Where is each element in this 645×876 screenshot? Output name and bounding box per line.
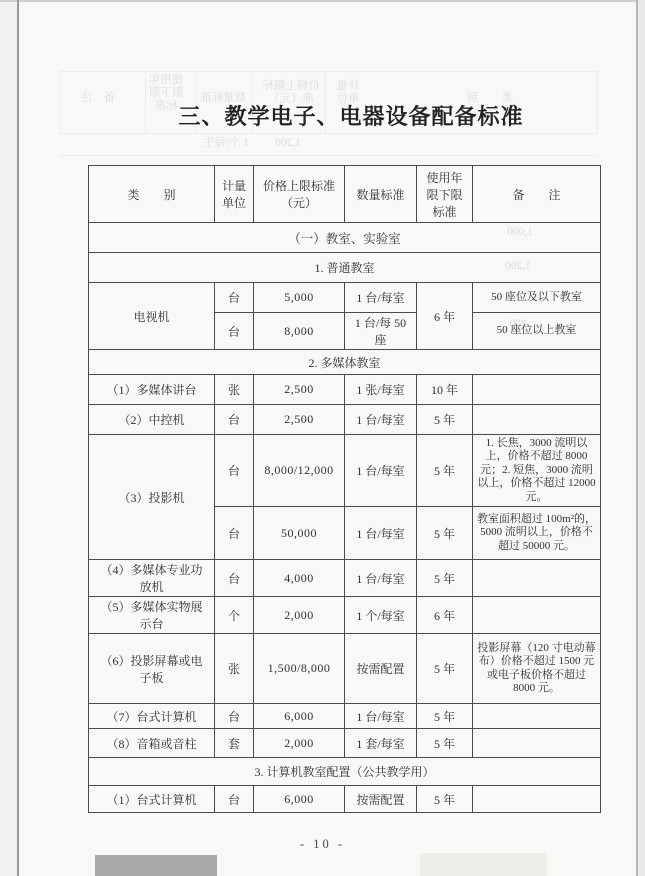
header-category: 类 别 [89,166,215,223]
cell-projector-a-note: 1. 长焦，3000 流明以上，价格不超过 8000 元；2. 短焦，3000 … [473,435,601,507]
cell-desktop-mm-unit: 台 [215,704,254,729]
scan-edge-top [0,0,645,2]
cell-speaker-life: 5 年 [417,729,473,758]
cell-desktop-lab-note [473,786,601,813]
cell-desktop-mm-name: （7）台式计算机 [89,704,215,729]
cell-speaker-note [473,729,601,758]
table-row-controller: （2）中控机 台 2,500 1 台/每室 5 年 [89,405,601,435]
cell-desktop-lab-price: 6,000 [254,786,345,813]
cell-desktop-mm-qty: 1 台/每室 [345,704,417,729]
header-life: 使用年限下限标准 [417,166,473,223]
cell-tv-b-note: 50 座位以上教室 [473,313,601,350]
cell-desktop-lab-unit: 台 [215,786,254,813]
scan-blot-dark [95,855,217,876]
table-row-visualizer: （5）多媒体实物展示台 个 2,000 1 个/每室 6 年 [89,597,601,634]
scanned-page: 备 注 使用年限下限标准 数量标准 价格上限标准（元） 计量单位 类 别 1 个… [0,0,645,876]
cell-desktop-mm-life: 5 年 [417,704,473,729]
cell-controller-life: 5 年 [417,405,473,435]
subsection-multimedia-classroom: 2. 多媒体教室 [89,350,601,375]
subsection-row: 1. 普通教室 [89,253,601,283]
ghost-line-h3 [60,155,598,156]
cell-tv-b-unit: 台 [215,313,254,350]
cell-projector-b-note: 教室面积超过 100m²的，5000 流明以上，价格不超过 50000 元。 [473,507,601,560]
header-quantity: 数量标准 [345,166,417,223]
cell-projector-b-life: 5 年 [417,507,473,560]
cell-projector-b-price: 50,000 [254,507,345,560]
cell-speaker-name: （8）音箱或音柱 [89,729,215,758]
cell-controller-qty: 1 台/每室 [345,405,417,435]
scan-band-right [638,0,645,876]
cell-visualizer-note [473,597,601,634]
subsection-ordinary-classroom: 1. 普通教室 [89,253,601,283]
cell-amplifier-name: （4）多媒体专业功放机 [89,560,215,597]
cell-speaker-price: 2,000 [254,729,345,758]
ghost-line-h1 [60,71,598,72]
ghost-text-qty-fragment: 1 个/每生 [196,137,256,150]
header-price: 价格上限标准（元） [254,166,345,223]
cell-screen-name: （6）投影屏幕或电子板 [89,634,215,704]
cell-tv-life: 6 年 [417,283,473,350]
cell-visualizer-name: （5）多媒体实物展示台 [89,597,215,634]
cell-podium-price: 2,500 [254,375,345,405]
ghost-text-note-header: 备 注 [70,92,126,105]
header-unit: 计量单位 [215,166,254,223]
cell-podium-note [473,375,601,405]
cell-desktop-lab-life: 5 年 [417,786,473,813]
cell-visualizer-unit: 个 [215,597,254,634]
cell-tv-a-qty: 1 台/每室 [345,283,417,313]
cell-projector-name: （3）投影机 [89,435,215,560]
cell-podium-unit: 张 [215,375,254,405]
ghost-line-h2 [60,133,598,134]
header-note: 备 注 [473,166,601,223]
cell-podium-name: （1）多媒体讲台 [89,375,215,405]
cell-speaker-qty: 1 套/每室 [345,729,417,758]
cell-tv-a-price: 5,000 [254,283,345,313]
cell-screen-life: 5 年 [417,634,473,704]
cell-visualizer-life: 6 年 [417,597,473,634]
cell-amplifier-life: 5 年 [417,560,473,597]
section-row: （一）教室、实验室 [89,223,601,253]
cell-controller-price: 2,500 [254,405,345,435]
cell-projector-a-unit: 台 [215,435,254,507]
cell-visualizer-price: 2,000 [254,597,345,634]
cell-tv-a-note: 50 座位及以下教室 [473,283,601,313]
scan-margin-left [0,0,17,876]
cell-amplifier-qty: 1 台/每室 [345,560,417,597]
cell-screen-price: 1,500/8,000 [254,634,345,704]
cell-desktop-lab-name: （1）台式计算机 [89,786,215,813]
cell-desktop-mm-price: 6,000 [254,704,345,729]
cell-amplifier-note [473,560,601,597]
cell-controller-note [473,405,601,435]
table-row-screen: （6）投影屏幕或电子板 张 1,500/8,000 按需配置 5 年 投影屏幕（… [89,634,601,704]
cell-screen-note: 投影屏幕（120 寸电动幕布）价格不超过 1500 元或电子板价格不超过 800… [473,634,601,704]
cell-projector-a-price: 8,000/12,000 [254,435,345,507]
cell-projector-b-unit: 台 [215,507,254,560]
ghost-line-v6 [597,71,598,133]
cell-projector-a-life: 5 年 [417,435,473,507]
ghost-line-v2 [145,71,146,133]
cell-controller-unit: 台 [215,405,254,435]
table-row-desktop-lab: （1）台式计算机 台 6,000 按需配置 5 年 [89,786,601,813]
cell-tv-a-unit: 台 [215,283,254,313]
table-row-tv-a: 电视机 台 5,000 1 台/每室 6 年 50 座位及以下教室 [89,283,601,313]
scan-edge-left [17,0,19,876]
cell-tv-b-qty: 1 台/每 50 座 [345,313,417,350]
table-row-podium: （1）多媒体讲台 张 2,500 1 张/每室 10 年 [89,375,601,405]
cell-podium-qty: 1 张/每室 [345,375,417,405]
cell-desktop-lab-qty: 按需配置 [345,786,417,813]
section-classrooms-labs: （一）教室、实验室 [89,223,601,253]
ghost-line-v1 [60,71,61,133]
cell-amplifier-price: 4,000 [254,560,345,597]
cell-controller-name: （2）中控机 [89,405,215,435]
page-title: 三、教学电子、电器设备配备标准 [170,100,532,131]
cell-desktop-mm-note [473,704,601,729]
equipment-standards-table: 类 别 计量单位 价格上限标准（元） 数量标准 使用年限下限标准 备 注 （一）… [88,165,601,813]
cell-visualizer-qty: 1 个/每室 [345,597,417,634]
table-header-row: 类 别 计量单位 价格上限标准（元） 数量标准 使用年限下限标准 备 注 [89,166,601,223]
cell-projector-b-qty: 1 台/每室 [345,507,417,560]
cell-amplifier-unit: 台 [215,560,254,597]
table-row-amplifier: （4）多媒体专业功放机 台 4,000 1 台/每室 5 年 [89,560,601,597]
table-row-desktop-mm: （7）台式计算机 台 6,000 1 台/每室 5 年 [89,704,601,729]
cell-podium-life: 10 年 [417,375,473,405]
cell-tv-name: 电视机 [89,283,215,350]
table-row-projector-a: （3）投影机 台 8,000/12,000 1 台/每室 5 年 1. 长焦，3… [89,435,601,507]
cell-tv-b-price: 8,000 [254,313,345,350]
ghost-text-price-fragment-1: 1,200 [266,137,310,150]
cell-speaker-unit: 套 [215,729,254,758]
subsection-computer-classroom: 3. 计算机教室配置（公共教学用） [89,758,601,786]
subsection-row: 3. 计算机教室配置（公共教学用） [89,758,601,786]
cell-screen-qty: 按需配置 [345,634,417,704]
subsection-row: 2. 多媒体教室 [89,350,601,375]
cell-projector-a-qty: 1 台/每室 [345,435,417,507]
scan-blot-light [420,853,547,876]
page-number: - 10 - [0,837,645,852]
table-row-speaker: （8）音箱或音柱 套 2,000 1 套/每室 5 年 [89,729,601,758]
cell-screen-unit: 张 [215,634,254,704]
